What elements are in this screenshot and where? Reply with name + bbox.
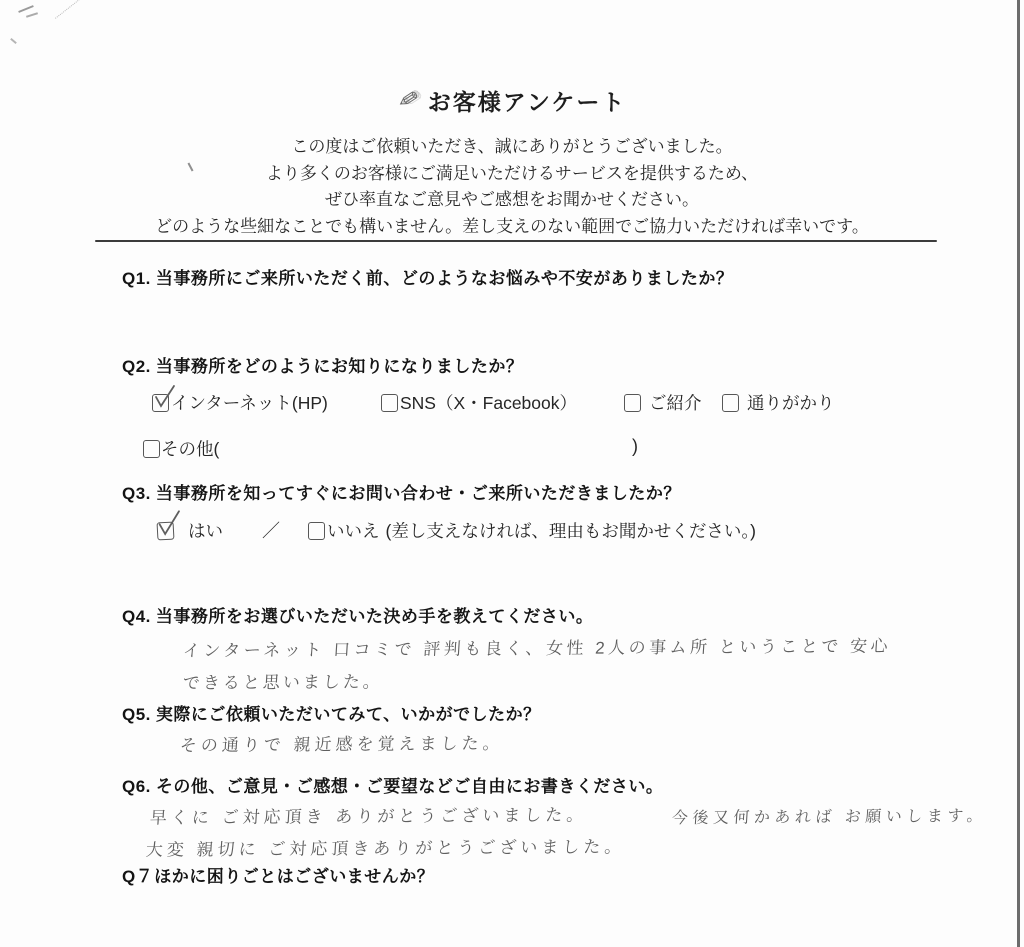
option-label: SNS（X・Facebook） — [400, 390, 577, 415]
question-number: Q4. — [122, 607, 151, 626]
question-text: その他、ご意見・ご感想・ご要望などご自由にお書きください。 — [156, 777, 664, 796]
pen-mark-artifact — [26, 12, 38, 18]
yes-no-separator: ／ — [262, 517, 280, 543]
checkbox — [152, 394, 169, 412]
question-q6: Q6.その他、ご意見・ご感想・ご要望などご自由にお書きください。 — [122, 772, 663, 797]
checkbox — [722, 394, 739, 412]
question-q3: Q3.当事務所を知ってすぐにお問い合わせ・ご来所いただきましたか？ — [122, 479, 681, 504]
question-number: Q1. — [122, 269, 151, 288]
pen-mark-artifact — [18, 5, 34, 13]
intro-line: どのような些細なことでも構いません。差し支えのない範囲でご協力いただければ幸いで… — [0, 214, 1024, 241]
q2-option-internet: インターネット(HP) — [152, 390, 328, 415]
question-number: Q2. — [122, 357, 151, 376]
option-label: 通りがかり — [747, 390, 835, 415]
checkbox — [157, 521, 175, 540]
question-q2: Q2.当事務所をどのようにお知りになりましたか？ — [122, 352, 523, 377]
checkbox — [381, 394, 398, 412]
handwritten-answer-q6-right: 今後又何かあれば お願いします。 — [671, 803, 988, 828]
option-note: (差し支えなければ、理由もお聞かせください。) — [386, 518, 756, 543]
q2-option-sns: SNS（X・Facebook） — [381, 390, 577, 415]
question-q4: Q4.当事務所をお選びいただいた決め手を教えてください。 — [122, 602, 593, 627]
handwritten-answer-q6-line2: 大変 親切に ご対応頂きありがとうございました。 — [145, 832, 626, 860]
handwritten-check-icon — [151, 384, 177, 412]
pen-icon: ✎ — [395, 84, 421, 117]
question-text: 実際にご依頼いただいてみて、いかがでしたか？ — [156, 705, 541, 724]
handwritten-answer-q4-line2: できると思いました。 — [182, 667, 384, 693]
option-label: その他( — [161, 436, 219, 461]
scan-streak-artifact — [55, 0, 194, 19]
question-text: ほかに困りごとはございませんか？ — [154, 867, 434, 886]
question-number: Q6. — [122, 777, 151, 796]
q3-option-yes: はい — [157, 518, 223, 543]
handwritten-answer-q6-line1: 早くに ご対応頂き ありがとうございました。 — [149, 800, 588, 828]
pen-mark-artifact — [10, 38, 17, 44]
divider-line — [95, 240, 937, 242]
option-label: はい — [188, 518, 223, 543]
question-number: Q3. — [122, 484, 151, 503]
q2-option-passing-by: 通りがかり — [722, 390, 835, 415]
question-q5: Q5.実際にご依頼いただいてみて、いかがでしたか？ — [122, 700, 541, 725]
handwritten-answer-q5: その通りで 親近感を覚えました。 — [179, 729, 504, 756]
scanned-survey-page: ✎ お客様アンケート この度はご依頼いただき、誠にありがとうございました。 より… — [0, 0, 1024, 947]
question-text: 当事務所にご来所いただく前、どのようなお悩みや不安がありましたか？ — [156, 269, 734, 288]
question-text: 当事務所をお選びいただいた決め手を教えてください。 — [156, 607, 594, 626]
question-q7: Q７ほかに困りごとはございませんか？ — [122, 862, 434, 887]
q2-option-other: その他( — [143, 436, 219, 461]
intro-line: この度はご依頼いただき、誠にありがとうございました。 — [0, 134, 1024, 161]
option-label: インターネット(HP) — [171, 390, 328, 415]
checkbox — [143, 440, 160, 458]
q3-option-no: いいえ (差し支えなければ、理由もお聞かせください。) — [308, 518, 756, 543]
intro-line: ぜひ率直なご意見やご感想をお聞かせください。 — [0, 187, 1024, 214]
form-header: ✎ お客様アンケート — [0, 84, 1024, 117]
intro-line: より多くのお客様にご満足いただけるサービスを提供するため、 — [0, 161, 1024, 188]
question-number: Q７ — [122, 867, 153, 886]
other-close-paren: ) — [632, 436, 638, 457]
question-q1: Q1.当事務所にご来所いただく前、どのようなお悩みや不安がありましたか？ — [122, 264, 733, 289]
intro-text: この度はご依頼いただき、誠にありがとうございました。 より多くのお客様にご満足い… — [0, 134, 1024, 240]
question-text: 当事務所を知ってすぐにお問い合わせ・ご来所いただきましたか？ — [156, 484, 681, 503]
handwritten-check-icon — [155, 511, 182, 540]
form-title: お客様アンケート — [428, 84, 627, 117]
q2-option-referral: ご紹介 — [624, 390, 702, 415]
option-label: ご紹介 — [649, 390, 702, 415]
question-number: Q5. — [122, 705, 151, 724]
option-label: いいえ — [327, 518, 380, 543]
handwritten-answer-q4-line1: インターネット 口コミで 評判も良く、女性 2人の事ム所 ということで 安心 — [182, 632, 892, 662]
question-text: 当事務所をどのようにお知りになりましたか？ — [156, 357, 524, 376]
checkbox — [308, 522, 325, 540]
checkbox — [624, 394, 641, 412]
